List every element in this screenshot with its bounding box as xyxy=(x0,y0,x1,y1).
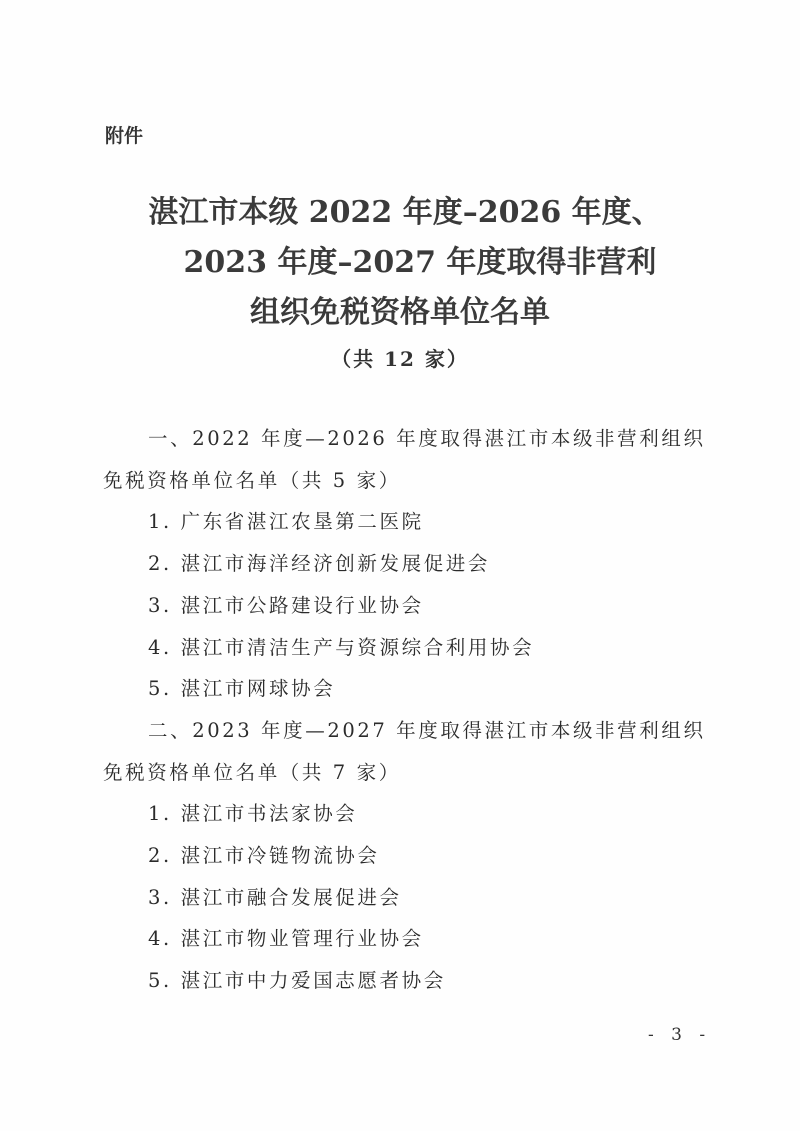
list-item: 5. 湛江市中力爱国志愿者协会 xyxy=(103,960,713,1002)
title-line-1: 湛江市本级 2022 年度–2026 年度、 xyxy=(0,188,800,238)
section-heading-2: 二、2023 年度—2027 年度取得湛江市本级非营利组织免税资格单位名单（共 … xyxy=(103,710,713,793)
list-item: 1. 湛江市书法家协会 xyxy=(103,793,713,835)
list-item: 3. 湛江市融合发展促进会 xyxy=(103,877,713,919)
page-number: - 3 - xyxy=(648,1025,711,1045)
document-body: 一、2022 年度—2026 年度取得湛江市本级非营利组织免税资格单位名单（共 … xyxy=(103,418,713,1002)
list-item: 3. 湛江市公路建设行业协会 xyxy=(103,585,713,627)
document-page: 附件 湛江市本级 2022 年度–2026 年度、 2023 年度–2027 年… xyxy=(0,0,800,1131)
list-item: 2. 湛江市海洋经济创新发展促进会 xyxy=(103,543,713,585)
section-heading-1: 一、2022 年度—2026 年度取得湛江市本级非营利组织免税资格单位名单（共 … xyxy=(103,418,713,501)
document-title: 湛江市本级 2022 年度–2026 年度、 2023 年度–2027 年度取得… xyxy=(0,188,800,338)
attachment-label: 附件 xyxy=(105,121,143,148)
title-line-3: 组织免税资格单位名单 xyxy=(0,288,800,338)
list-item: 4. 湛江市物业管理行业协会 xyxy=(103,918,713,960)
title-line-2: 2023 年度–2027 年度取得非营利 xyxy=(0,238,800,288)
list-item: 2. 湛江市冷链物流协会 xyxy=(103,835,713,877)
list-item: 4. 湛江市清洁生产与资源综合利用协会 xyxy=(103,627,713,669)
document-subtitle: （共 12 家） xyxy=(0,343,800,372)
list-item: 1. 广东省湛江农垦第二医院 xyxy=(103,501,713,543)
list-item: 5. 湛江市网球协会 xyxy=(103,668,713,710)
